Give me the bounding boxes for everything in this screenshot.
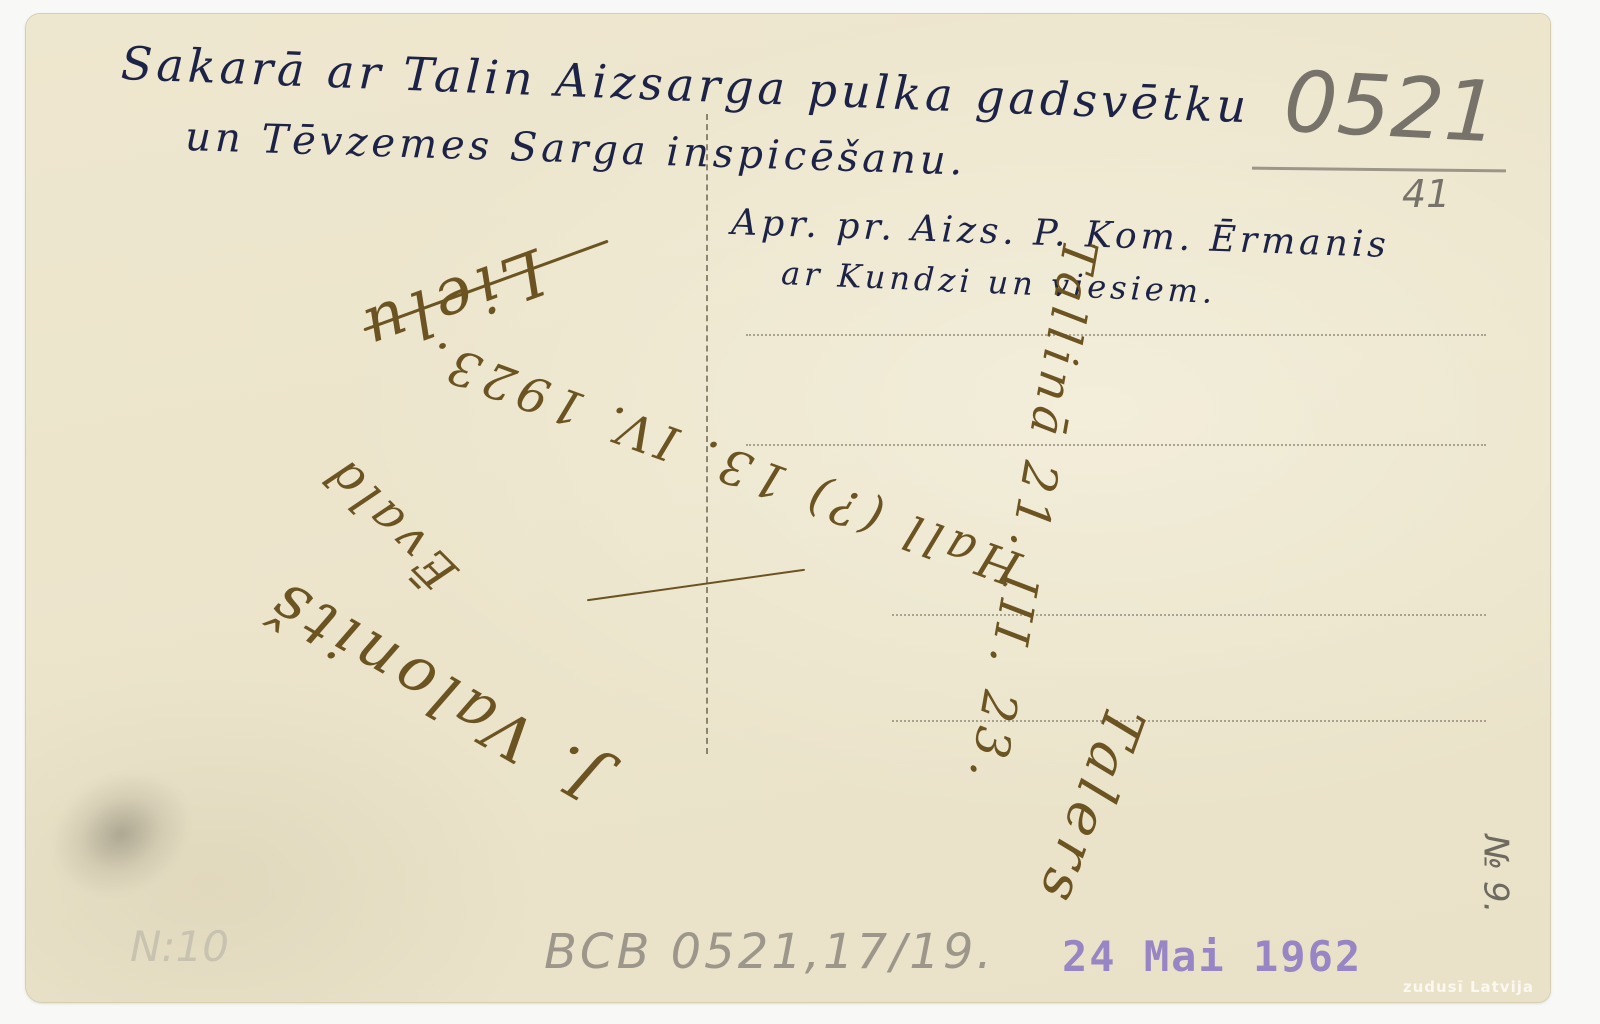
dirt-smudge	[26, 745, 216, 924]
zudusi-latvija-watermark: zudusī Latvija	[1403, 978, 1534, 996]
address-note-line-2: ar Kundzi un viesiem.	[780, 254, 1217, 311]
pencil-note-right-edge: № 9.	[1475, 835, 1515, 914]
address-line-3	[892, 614, 1486, 616]
address-line-2	[746, 444, 1486, 446]
signature-cross-stroke	[587, 569, 805, 602]
postcard-reverse: Sakarā ar Talin Aizsarga pulka gadsvētku…	[26, 14, 1550, 1002]
date-stamp: 24 Mai 1962	[1062, 932, 1362, 981]
archive-number-underline	[1252, 167, 1506, 173]
catalog-number: BCB 0521,17/19.	[544, 924, 995, 980]
dedication-line-3: Ēvald	[311, 443, 469, 601]
dedication-line-2: Hall (?) 13. IV. 1923.	[415, 328, 1028, 597]
dedication-signature: J. Valonitš	[253, 565, 614, 816]
caption-line-2: un Tēvzemes Sarga inspicēšanu.	[185, 114, 968, 185]
right-place-date: Tallinā 21. III. 23.	[957, 235, 1108, 789]
address-line-1	[746, 334, 1486, 336]
archive-number: 0521	[1282, 52, 1501, 161]
right-signature: Talers	[1024, 697, 1157, 916]
pencil-note-bottom-left: N:10	[130, 922, 229, 971]
archive-sub-number: 41	[1402, 172, 1450, 216]
